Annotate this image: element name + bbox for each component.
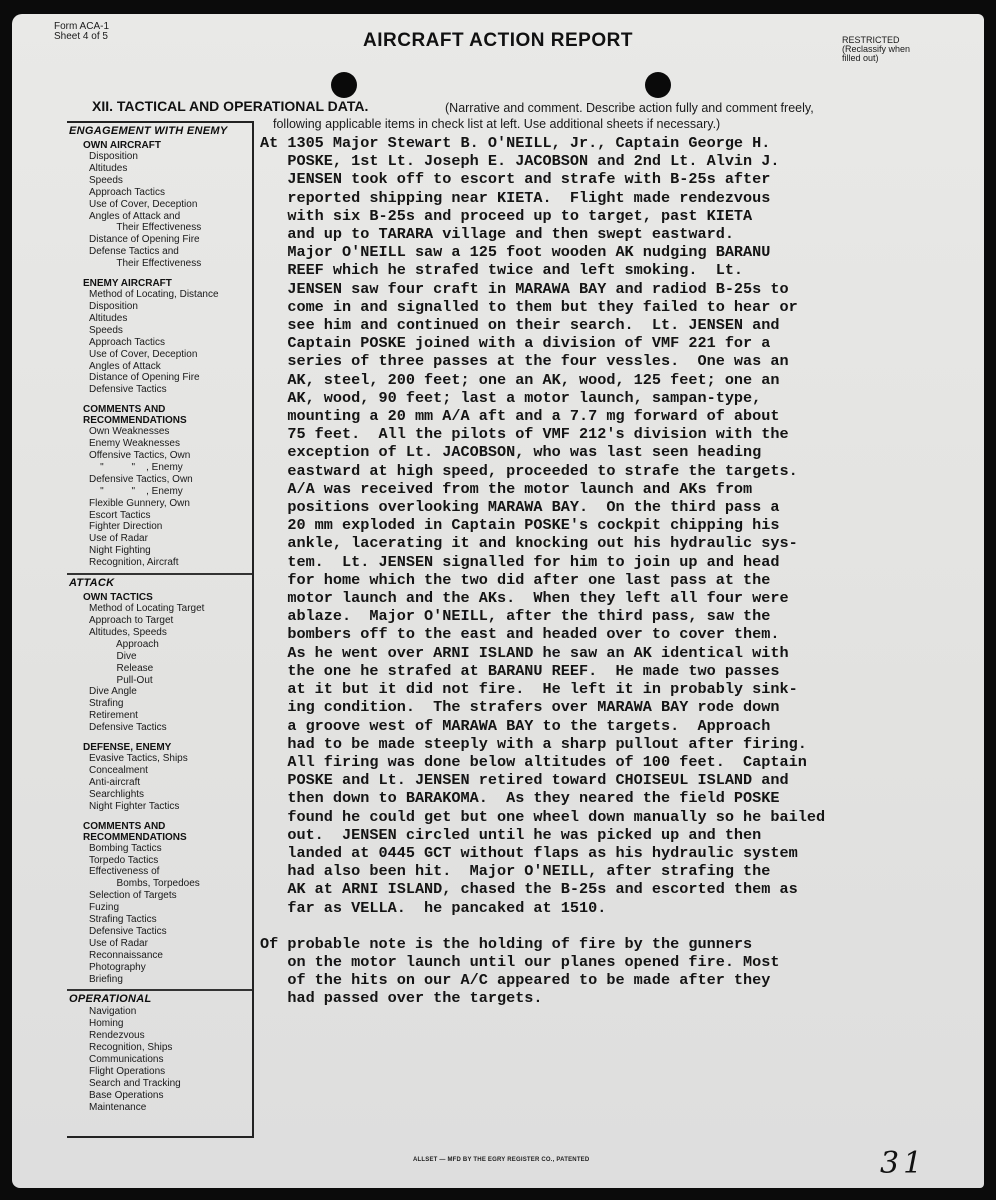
narrative-line: eastward at high speed, proceeded to str…	[260, 462, 970, 480]
narrative-line: bombers off to the east and headed over …	[260, 625, 970, 643]
checklist-item: Their Effectiveness	[111, 258, 252, 270]
narrative-line: far as VELLA. he pancaked at 1510.	[260, 899, 970, 917]
checklist-item: Their Effectiveness	[111, 222, 252, 234]
checklist-item: Use of Cover, Deception	[89, 349, 252, 361]
checklist-item: Speeds	[89, 175, 252, 187]
checklist-item: Recognition, Aircraft	[89, 557, 252, 569]
checklist-group: ATTACKOWN TACTICSMethod of Locating Targ…	[67, 575, 252, 991]
checklist-item: Release	[111, 663, 252, 675]
narrative-line: As he went over ARNI ISLAND he saw an AK…	[260, 644, 970, 662]
checklist-item: Effectiveness of	[89, 866, 252, 878]
narrative-line: Captain POSKE joined with a division of …	[260, 334, 970, 352]
checklist-item: Reconnaissance	[89, 950, 252, 962]
punch-hole-icon	[331, 72, 357, 98]
checklist-item: Defensive Tactics	[89, 926, 252, 938]
section-instructions: (Narrative and comment. Describe action …	[445, 100, 905, 132]
narrative-line: POSKE, 1st Lt. Joseph E. JACOBSON and 2n…	[260, 152, 970, 170]
checklist-item: Bombs, Torpedoes	[111, 878, 252, 890]
narrative-line: AK at ARNI ISLAND, chased the B-25s and …	[260, 880, 970, 898]
checklist-item: Altitudes	[89, 313, 252, 325]
checklist-item: Defensive Tactics	[89, 722, 252, 734]
checklist-item: Communications	[89, 1054, 252, 1066]
checklist-item: Strafing	[89, 698, 252, 710]
checklist-item: Maintenance	[89, 1102, 252, 1114]
checklist-item: Night Fighting	[89, 545, 252, 557]
checklist-item: Anti-aircraft	[89, 777, 252, 789]
checklist-subsection-title: OWN AIRCRAFT	[83, 140, 252, 151]
checklist-item: Use of Cover, Deception	[89, 199, 252, 211]
narrative-line: landed at 0445 GCT without flaps as his …	[260, 844, 970, 862]
narrative-line: on the motor launch until our planes ope…	[260, 953, 970, 971]
narrative-line: positions overlooking MARAWA BAY. On the…	[260, 498, 970, 516]
checklist-item: Base Operations	[89, 1090, 252, 1102]
narrative-line: series of three passes at the four vessl…	[260, 352, 970, 370]
checklist-group-title: ENGAGEMENT WITH ENEMY	[69, 125, 252, 138]
checklist-item: Fuzing	[89, 902, 252, 914]
checklist-item: Angles of Attack	[89, 361, 252, 373]
checklist-item: Flexible Gunnery, Own	[89, 498, 252, 510]
checklist-item: " " , Enemy	[89, 462, 252, 474]
instructions-line-1: (Narrative and comment. Describe action …	[445, 101, 814, 115]
narrative-line: reported shipping near KIETA. Flight mad…	[260, 189, 970, 207]
checklist-item: Approach to Target	[89, 615, 252, 627]
classification-label: RESTRICTED (Reclassify when filled out)	[842, 36, 910, 63]
checklist-sidebar: ENGAGEMENT WITH ENEMYOWN AIRCRAFTDisposi…	[67, 121, 254, 1138]
checklist-item: Torpedo Tactics	[89, 855, 252, 867]
checklist-item: Enemy Weaknesses	[89, 438, 252, 450]
checklist-group-title: ATTACK	[69, 577, 252, 590]
checklist-item: Use of Radar	[89, 938, 252, 950]
narrative-line: a groove west of MARAWA BAY to the targe…	[260, 717, 970, 735]
section-heading: XII. TACTICAL AND OPERATIONAL DATA.	[92, 98, 368, 114]
checklist-item: Angles of Attack and	[89, 211, 252, 223]
narrative-line: AK, wood, 90 feet; last a motor launch, …	[260, 389, 970, 407]
checklist-item: Disposition	[89, 151, 252, 163]
instructions-line-2: following applicable items in check list…	[273, 116, 905, 132]
checklist-item: Offensive Tactics, Own	[89, 450, 252, 462]
narrative-line: At 1305 Major Stewart B. O'NEILL, Jr., C…	[260, 134, 970, 152]
checklist-subsection-title: OWN TACTICS	[83, 592, 252, 603]
checklist-item: Briefing	[89, 974, 252, 986]
checklist-item: Defensive Tactics, Own	[89, 474, 252, 486]
narrative-line: 75 feet. All the pilots of VMF 212's div…	[260, 425, 970, 443]
checklist-item: Evasive Tactics, Ships	[89, 753, 252, 765]
checklist-item: Altitudes	[89, 163, 252, 175]
checklist-item: Defensive Tactics	[89, 384, 252, 396]
checklist-item: Retirement	[89, 710, 252, 722]
narrative-line: come in and signalled to them but they f…	[260, 298, 970, 316]
narrative-line: motor launch and the AKs. When they left…	[260, 589, 970, 607]
printer-mark: ALLSET — MFD BY THE EGRY REGISTER CO., P…	[413, 1157, 589, 1163]
checklist-item: Speeds	[89, 325, 252, 337]
narrative-line: the one he strafed at BARANU REEF. He ma…	[260, 662, 970, 680]
checklist-item: Dive	[111, 651, 252, 663]
checklist-item: Bombing Tactics	[89, 843, 252, 855]
checklist-subsection-title: COMMENTS AND RECOMMENDATIONS	[83, 404, 193, 426]
narrative-line: with six B-25s and proceed up to target,…	[260, 207, 970, 225]
narrative-line: A/A was received from the motor launch a…	[260, 480, 970, 498]
checklist-item: Approach Tactics	[89, 187, 252, 199]
narrative-line: ing condition. The strafers over MARAWA …	[260, 698, 970, 716]
narrative-line: Of probable note is the holding of fire …	[260, 935, 970, 953]
checklist-item: Photography	[89, 962, 252, 974]
punch-hole-icon	[645, 72, 671, 98]
narrative-line: had passed over the targets.	[260, 989, 970, 1007]
narrative-line: see him and continued on their search. L…	[260, 316, 970, 334]
narrative-line: 20 mm exploded in Captain POSKE's cockpi…	[260, 516, 970, 534]
checklist-item: Approach Tactics	[89, 337, 252, 349]
checklist-item: Pull-Out	[111, 675, 252, 687]
checklist-subsection-title: COMMENTS AND RECOMMENDATIONS	[83, 821, 193, 843]
checklist-item: Flight Operations	[89, 1066, 252, 1078]
narrative-line: at it but it did not fire. He left it in…	[260, 680, 970, 698]
narrative-paragraph: Of probable note is the holding of fire …	[260, 935, 970, 1008]
narrative-line: JENSEN saw four craft in MARAWA BAY and …	[260, 280, 970, 298]
narrative-line: exception of Lt. JACOBSON, who was last …	[260, 443, 970, 461]
narrative-line: had to be made steeply with a sharp pull…	[260, 735, 970, 753]
checklist-item: Distance of Opening Fire	[89, 372, 252, 384]
narrative-body: At 1305 Major Stewart B. O'NEILL, Jr., C…	[260, 134, 970, 1008]
checklist-group: OPERATIONALNavigationHomingRendezvousRec…	[67, 991, 252, 1117]
checklist-item: Escort Tactics	[89, 510, 252, 522]
narrative-line: mounting a 20 mm A/A aft and a 7.7 mg fo…	[260, 407, 970, 425]
checklist-item: Own Weaknesses	[89, 426, 252, 438]
checklist-item: Selection of Targets	[89, 890, 252, 902]
checklist-item: Night Fighter Tactics	[89, 801, 252, 813]
checklist-item: Fighter Direction	[89, 521, 252, 533]
narrative-line: then down to BARAKOMA. As they neared th…	[260, 789, 970, 807]
checklist-group: ENGAGEMENT WITH ENEMYOWN AIRCRAFTDisposi…	[67, 123, 252, 575]
narrative-line: ankle, lacerating it and knocking out hi…	[260, 534, 970, 552]
narrative-line: tem. Lt. JENSEN signalled for him to joi…	[260, 553, 970, 571]
checklist-item: Method of Locating Target	[89, 603, 252, 615]
narrative-line: AK, steel, 200 feet; one an AK, wood, 12…	[260, 371, 970, 389]
checklist-item: Use of Radar	[89, 533, 252, 545]
checklist-item: Concealment	[89, 765, 252, 777]
narrative-paragraph: At 1305 Major Stewart B. O'NEILL, Jr., C…	[260, 134, 970, 917]
checklist-item: Recognition, Ships	[89, 1042, 252, 1054]
checklist-item: Method of Locating, Distance	[89, 289, 252, 301]
checklist-item: Disposition	[89, 301, 252, 313]
narrative-line: POSKE and Lt. JENSEN retired toward CHOI…	[260, 771, 970, 789]
checklist-item: Altitudes, Speeds	[89, 627, 252, 639]
narrative-line: ablaze. Major O'NEILL, after the third p…	[260, 607, 970, 625]
checklist-item: Distance of Opening Fire	[89, 234, 252, 246]
checklist-item: Strafing Tactics	[89, 914, 252, 926]
checklist-item: Navigation	[89, 1006, 252, 1018]
narrative-line: of the hits on our A/C appeared to be ma…	[260, 971, 970, 989]
checklist-item: Dive Angle	[89, 686, 252, 698]
checklist-item: Search and Tracking	[89, 1078, 252, 1090]
narrative-line: Major O'NEILL saw a 125 foot wooden AK n…	[260, 243, 970, 261]
classification-note-2: filled out)	[842, 54, 910, 63]
checklist-item: " " , Enemy	[89, 486, 252, 498]
checklist-item: Defense Tactics and	[89, 246, 252, 258]
narrative-line: JENSEN took off to escort and strafe wit…	[260, 170, 970, 188]
checklist-item: Rendezvous	[89, 1030, 252, 1042]
narrative-line: and up to TARARA village and then swept …	[260, 225, 970, 243]
checklist-item: Approach	[111, 639, 252, 651]
checklist-subsection-title: DEFENSE, ENEMY	[83, 742, 252, 753]
narrative-line: found he could get but one wheel down ma…	[260, 808, 970, 826]
checklist-item: Homing	[89, 1018, 252, 1030]
checklist-subsection-title: ENEMY AIRCRAFT	[83, 278, 252, 289]
narrative-line: All firing was done below altitudes of 1…	[260, 753, 970, 771]
handwritten-page-number: 31	[880, 1146, 926, 1181]
narrative-line: had also been hit. Major O'NEILL, after …	[260, 862, 970, 880]
narrative-line: for home which the two did after one las…	[260, 571, 970, 589]
narrative-line: REEF which he strafed twice and left smo…	[260, 261, 970, 279]
checklist-group-title: OPERATIONAL	[69, 993, 252, 1006]
checklist-item: Searchlights	[89, 789, 252, 801]
narrative-line: out. JENSEN circled until he was picked …	[260, 826, 970, 844]
